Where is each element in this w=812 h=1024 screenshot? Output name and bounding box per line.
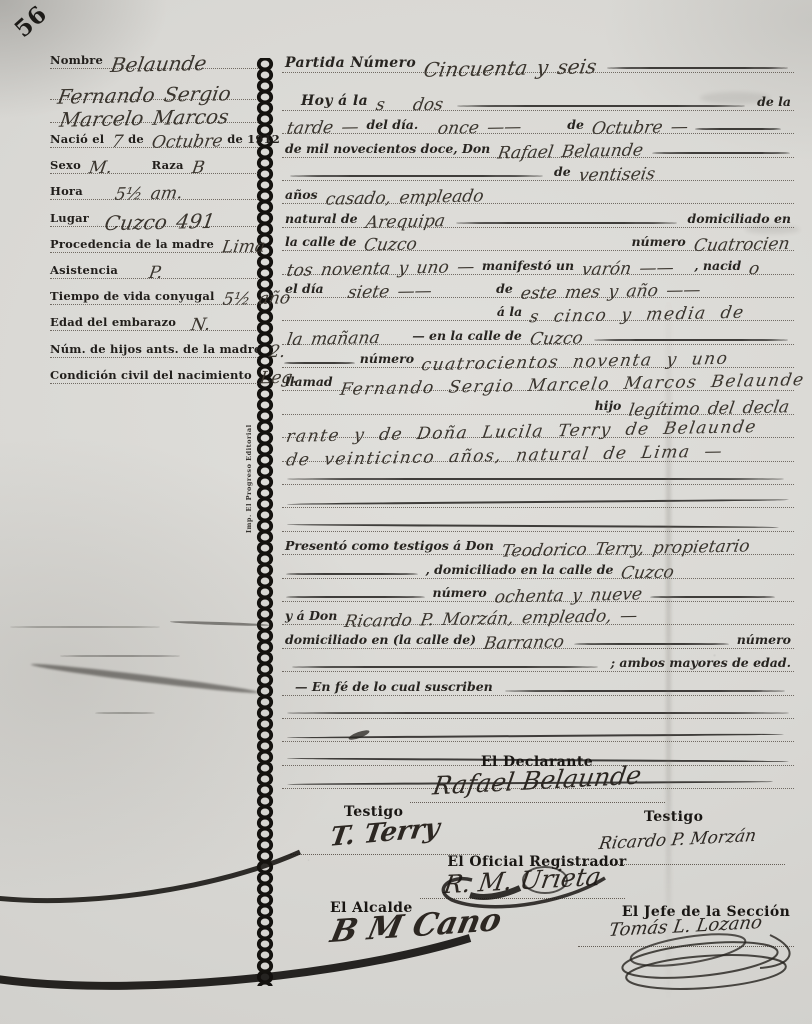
form-line: Nació el7deOctubrede 1912 [50, 123, 258, 148]
printed-text: Procedencia de la madre [50, 237, 217, 252]
pen-stroke [652, 152, 789, 154]
registrador-signature: R. M. Urieta [420, 866, 625, 899]
pen-stroke [607, 67, 788, 69]
printed-text: número [628, 234, 688, 250]
pen-dash-fill [569, 625, 734, 647]
form-line: Edad del embarazoN. [50, 305, 258, 331]
printed-text: Presentó como testigos á Don [282, 538, 497, 554]
dotted-fill [117, 148, 152, 173]
scan-smudge [10, 626, 160, 628]
scan-smudge [745, 225, 800, 234]
form-line: la mañana— en la calle deCuzco [282, 321, 794, 344]
printed-text: llamad [282, 374, 336, 390]
scan-smudge [60, 655, 180, 657]
form-line: domiciliado en (la calle de)Barranconúme… [282, 625, 794, 648]
pen-stroke [695, 128, 780, 130]
dotted-fill [209, 148, 258, 173]
scan-smudge [95, 712, 155, 714]
form-line: de veinticinco años, natural de Lima — [282, 438, 794, 461]
dotted-fill [679, 251, 692, 273]
dotted-fill [179, 305, 185, 330]
printed-text: de mil novecientos doce, Don [282, 141, 493, 157]
printed-text: , domiciliado en la calle de [422, 562, 616, 578]
dotted-fill [167, 253, 258, 278]
form-line: tos noventa y uno —manifestó unvarón ——,… [282, 251, 794, 274]
dotted-fill [727, 438, 744, 460]
printed-text: Núm. de hijos ants. de la madre [50, 342, 264, 357]
form-line: númerocuatrocientos noventa y uno [282, 345, 794, 368]
printed-text: Raza [152, 158, 187, 173]
scan-smudge [30, 661, 259, 696]
pen-stroke [290, 175, 543, 177]
pen-stroke [287, 478, 784, 480]
form-line: la calle deCuzconúmeroCuatrocien [282, 228, 794, 251]
dotted-fill [188, 174, 258, 199]
record-body: Partida NúmeroCincuenta y seisHoy á lasd… [282, 50, 794, 789]
form-line: rante y de Doña Lucila Terry de Belaunde [282, 415, 794, 438]
printed-text: número [357, 351, 417, 367]
form-line: natural deArequipadomiciliado en [282, 204, 794, 227]
printed-text: , nacid [691, 258, 744, 274]
printed-text: — en la calle de [409, 328, 525, 344]
signature-text: R. M. Urieta [442, 862, 603, 899]
form-line: Procedencia de la madreLima [50, 227, 258, 253]
form-line: LugarCuzco 491 [50, 200, 258, 226]
pen-stroke [594, 339, 788, 341]
printed-text: de [493, 281, 516, 297]
printed-text: ; ambos mayores de edad. [607, 655, 794, 671]
signature-text: T. Terry [328, 813, 442, 853]
alcalde-signature: B M Cano [266, 908, 566, 948]
dotted-fill [235, 69, 258, 99]
form-line: Tiempo de vida conyugal5½ año [50, 279, 258, 305]
signature-text: Tomás L. Lozano [608, 912, 764, 941]
dotted-fill [679, 555, 743, 577]
dotted-fill [488, 181, 794, 203]
printed-text: Hora [50, 184, 86, 199]
dotted-fill [121, 253, 144, 278]
dotted-fill [642, 602, 703, 624]
printed-text: manifestó un [479, 258, 577, 274]
declarante-signature: Rafael Belaunde [410, 766, 665, 803]
pen-dash-fill [601, 50, 794, 72]
pen-stroke [286, 573, 418, 575]
form-line: á las cinco y media de [282, 298, 794, 321]
paper-crease [666, 300, 671, 1000]
form-line: llamadFernando Sergio Marcelo Marcos Bel… [282, 368, 794, 391]
form-line: NombreBelaunde [50, 42, 258, 69]
form-line: Partida NúmeroCincuenta y seis [282, 50, 794, 73]
dotted-fill [526, 111, 564, 133]
pen-stroke [287, 499, 789, 505]
form-line: añoscasado, empleado [282, 181, 794, 204]
form-line [282, 508, 794, 531]
dotted-fill [422, 228, 628, 250]
printed-text: del día. [363, 117, 421, 133]
pen-stroke [287, 524, 779, 529]
form-line: Fernando Sergio [50, 69, 258, 100]
form-line: , domiciliado en la calle deCuzco [282, 555, 794, 578]
printed-text: Partida Número [282, 55, 419, 72]
signature-text: Rafael Belaunde [431, 760, 644, 800]
form-line: ; ambos mayores de edad. [282, 649, 794, 672]
signature-block: El Declarante Rafael Belaunde Testigo T.… [282, 744, 794, 1022]
dotted-fill [86, 174, 111, 199]
scan-smudge [170, 620, 270, 626]
pen-dash-fill [496, 672, 794, 694]
pen-stroke [505, 690, 785, 692]
pen-stroke [574, 643, 729, 645]
dotted-fill [705, 275, 786, 297]
dotted-fill [92, 200, 100, 225]
pen-dash-fill [693, 111, 784, 133]
printed-text: Edad del embarazo [50, 315, 179, 330]
form-line: SexoM.RazaB [50, 148, 258, 174]
printed-text: domiciliado en (la calle de) [282, 632, 479, 648]
pen-stroke [287, 712, 789, 714]
form-line: AsistenciaP. [50, 253, 258, 279]
printed-text: á la [494, 304, 525, 320]
dotted-fill [421, 111, 433, 133]
pen-stroke [286, 596, 425, 598]
pen-dash-fill [282, 158, 551, 180]
form-line: Presentó como testigos á DonTeodorico Te… [282, 532, 794, 555]
dotted-fill [219, 200, 258, 225]
printed-text: de [128, 132, 147, 147]
form-line: — En fé de lo cual suscriben [282, 672, 794, 695]
dotted-fill [384, 321, 409, 343]
dotted-fill [327, 275, 343, 297]
printed-text: hijo [592, 398, 625, 414]
pen-dash-fill [282, 555, 422, 577]
form-line: númeroochenta y nueve [282, 579, 794, 602]
scan-smudge [700, 92, 770, 104]
left-form-column: NombreBelaundeFernando SergioMarcelo Mar… [50, 42, 258, 384]
signature-text: Ricardo P. Morzán [597, 826, 757, 854]
document-page: 56 Imp. El Progreso Editorial NombreBela… [0, 0, 812, 1024]
pen-stroke [456, 222, 677, 224]
form-line: Núm. de hijos ants. de la madre2. [50, 331, 258, 357]
form-line: Hora5½ am. [50, 174, 258, 200]
printed-text: Nombre [50, 53, 106, 68]
printed-text: Sexo [50, 158, 84, 173]
printed-text: Asistencia [50, 263, 121, 278]
printed-text: — En fé de lo cual suscriben [292, 679, 496, 695]
handwritten-text: Cincuenta y seis [418, 59, 603, 78]
pen-dash-fill [282, 649, 607, 671]
printed-text: de [551, 164, 574, 180]
printed-text: número [734, 632, 794, 648]
dotted-fill [215, 305, 258, 330]
dotted-fill [390, 87, 408, 109]
dotted-fill [211, 42, 258, 68]
form-line: tarde —del día.once ——deOctubre — [282, 111, 794, 134]
form-line: el díasiete ——deeste mes y año —— [282, 275, 794, 298]
pen-stroke [457, 105, 745, 107]
form-line [282, 696, 794, 719]
pen-dash-fill [449, 204, 684, 226]
dotted-fill [436, 275, 493, 297]
pen-dash-fill [588, 321, 794, 343]
printed-text: y á Don [282, 608, 340, 624]
printed-text: natural de [282, 211, 361, 227]
form-line: hijolegítimo del decla [282, 391, 794, 414]
form-line: y á DonRicardo P. Morzán, empleado, — [282, 602, 794, 625]
dotted-fill [733, 345, 767, 367]
pen-dash-fill [648, 134, 794, 156]
printed-text: el día [282, 281, 327, 297]
printed-text: Hoy á la [298, 93, 371, 110]
pen-dash-fill [282, 579, 429, 601]
printer-credit: Imp. El Progreso Editorial [245, 424, 253, 533]
form-line: Condición civil del nacimientoLeg. [50, 358, 258, 384]
form-line: Marcelo Marcos [50, 100, 258, 123]
printed-text: la calle de [282, 234, 359, 250]
dotted-fill [282, 391, 592, 413]
form-line: de mil novecientos doce, DonRafael Belau… [282, 134, 794, 157]
testigo-right-title: Testigo [644, 809, 703, 825]
form-line: deventiseis [282, 158, 794, 181]
dotted-fill [282, 298, 494, 320]
printed-text: Nació el [50, 132, 107, 147]
dotted-fill [233, 100, 258, 122]
form-line [282, 462, 794, 485]
pen-stroke [284, 362, 354, 364]
page-number: 56 [9, 0, 52, 43]
testigo-left-signature: T. Terry [290, 818, 480, 855]
printed-text: de [564, 117, 587, 133]
printed-text: Lugar [50, 211, 92, 226]
dotted-fill [754, 532, 758, 554]
jefe-signature: Tomás L. Lozano [578, 916, 794, 947]
printed-text: años [282, 187, 321, 203]
ornamental-border [256, 58, 274, 986]
printed-text: número [429, 585, 489, 601]
dotted-fill [660, 158, 794, 180]
printed-text: Tiempo de vida conyugal [50, 289, 218, 304]
dotted-fill [761, 415, 764, 437]
signature-text: B M Cano [327, 902, 504, 950]
printed-text: Condición civil del nacimiento [50, 368, 255, 383]
dotted-fill [749, 298, 794, 320]
form-line [282, 485, 794, 508]
pen-dash-fill [282, 345, 357, 367]
printed-text: de 1912 [227, 132, 283, 147]
pen-stroke [292, 666, 598, 668]
